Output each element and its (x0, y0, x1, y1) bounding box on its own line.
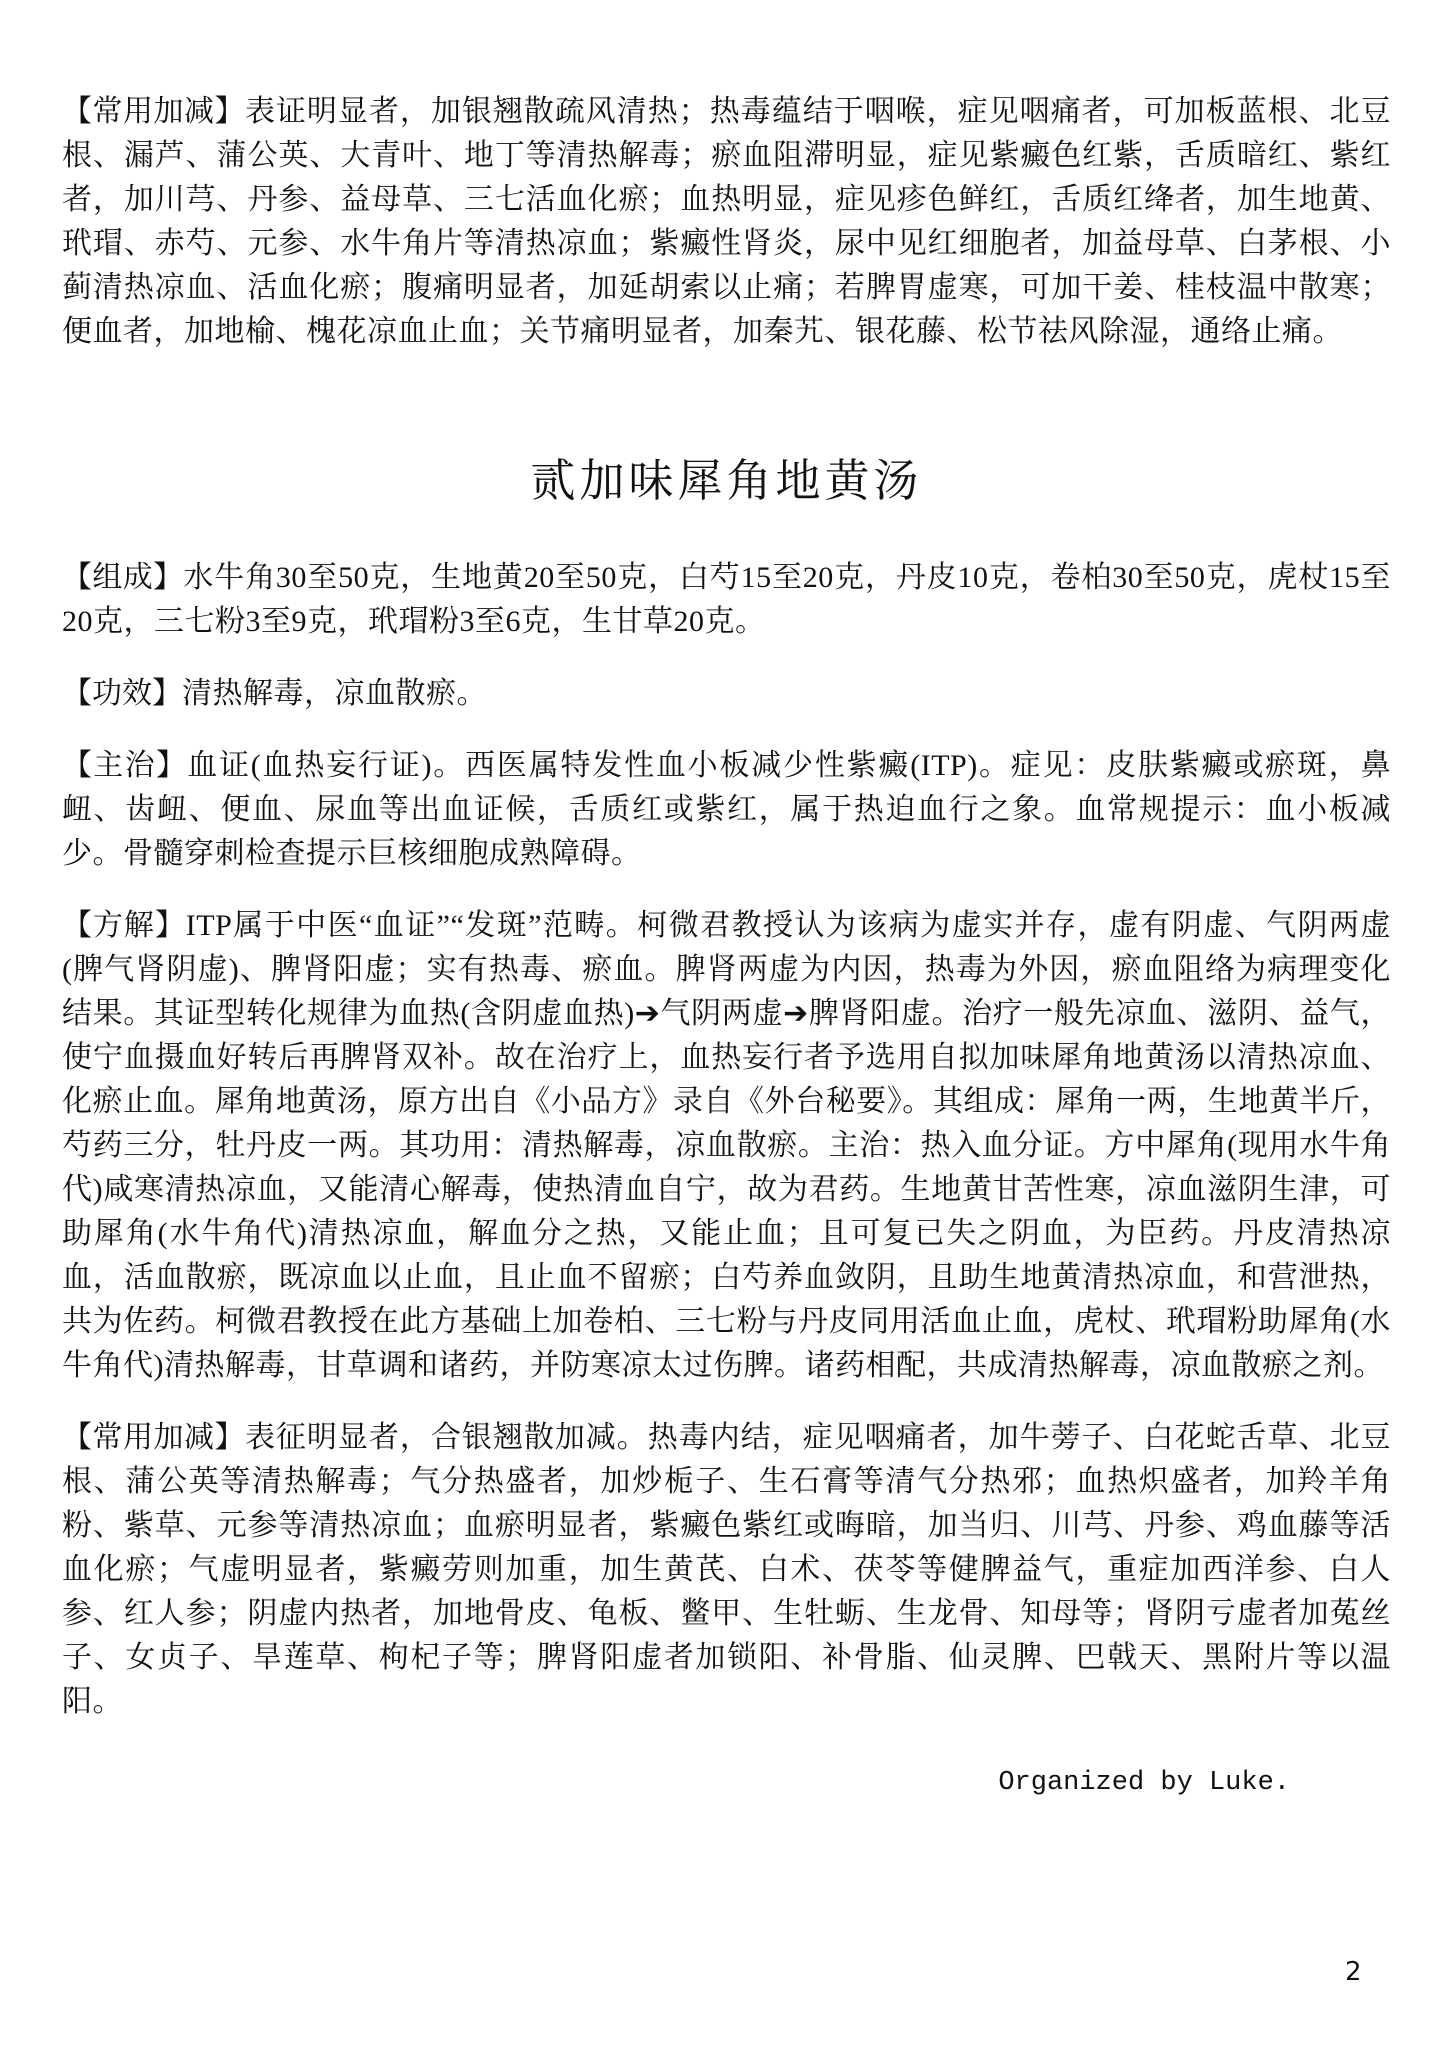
section-label-indications: 【主治】 (62, 749, 187, 782)
section-label-formula-analysis: 【方解】 (62, 909, 186, 942)
section-label-modifications-continued: 【常用加减】 (62, 95, 245, 128)
section-label-composition: 【组成】 (62, 561, 183, 594)
paragraph-effect: 【功效】清热解毒，凉血散瘀。 (62, 672, 1391, 716)
paragraph-text: ITP属于中医“血证”“发斑”范畴。柯微君教授认为该病为虚实并存，虚有阴虚、气阴… (62, 909, 1391, 1382)
paragraph-text: 血证(血热妄行证)。西医属特发性血小板减少性紫癜(ITP)。症见：皮肤紫癜或瘀斑… (62, 749, 1391, 870)
page-number: 2 (1345, 1957, 1362, 1987)
paragraph-text: 清热解毒，凉血散瘀。 (182, 677, 487, 710)
paragraph-text: 表证明显者，加银翘散疏风清热；热毒蕴结于咽喉，症见咽痛者，可加板蓝根、北豆根、漏… (62, 95, 1391, 348)
section-label-common-modifications: 【常用加减】 (62, 1421, 245, 1454)
paragraph-indications: 【主治】血证(血热妄行证)。西医属特发性血小板减少性紫癜(ITP)。症见：皮肤紫… (62, 744, 1391, 876)
paragraph-text: 水牛角30至50克，生地黄20至50克，白芍15至20克，丹皮10克，卷柏30至… (62, 561, 1391, 638)
paragraph-text: 表征明显者，合银翘散加减。热毒内结，症见咽痛者，加牛蒡子、白花蛇舌草、北豆根、蒲… (62, 1421, 1391, 1718)
formula-title: 贰加味犀角地黄汤 (62, 450, 1391, 512)
section-label-effect: 【功效】 (62, 677, 182, 710)
paragraph-composition: 【组成】水牛角30至50克，生地黄20至50克，白芍15至20克，丹皮10克，卷… (62, 556, 1391, 644)
paragraph-modifications-continued: 【常用加减】表证明显者，加银翘散疏风清热；热毒蕴结于咽喉，症见咽痛者，可加板蓝根… (62, 90, 1391, 354)
footer-credit: Organized by Luke. (998, 1766, 1290, 1800)
paragraph-formula-analysis: 【方解】ITP属于中医“血证”“发斑”范畴。柯微君教授认为该病为虚实并存，虚有阴… (62, 904, 1391, 1388)
paragraph-common-modifications: 【常用加减】表征明显者，合银翘散加减。热毒内结，症见咽痛者，加牛蒡子、白花蛇舌草… (62, 1416, 1391, 1724)
document-page: 【常用加减】表证明显者，加银翘散疏风清热；热毒蕴结于咽喉，症见咽痛者，可加板蓝根… (0, 0, 1447, 2048)
